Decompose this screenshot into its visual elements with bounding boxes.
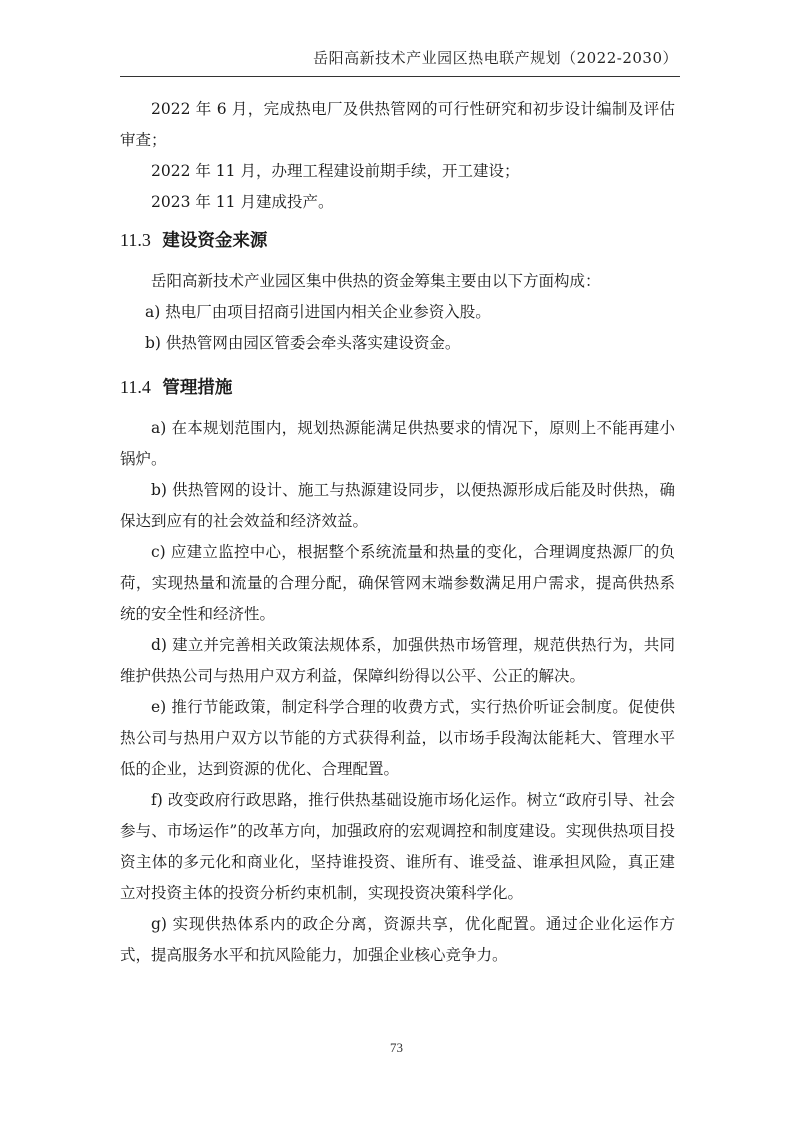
measure-item: e) 推行节能政策，制定科学合理的收费方式，实行热价听证会制度。促使供热公司与热…: [120, 692, 675, 785]
header-divider: [120, 76, 680, 77]
measure-item: c) 应建立监控中心，根据整个系统流量和热量的变化，合理调度热源厂的负荷，实现热…: [120, 537, 675, 630]
section-title: 管理措施: [162, 378, 232, 398]
measure-item: f) 改变政府行政思路，推行供热基础设施市场化运作。树立“政府引导、社会参与、市…: [120, 785, 675, 909]
section-title: 建设资金来源: [162, 231, 267, 251]
funding-item: a) 热电厂由项目招商引进国内相关企业参资入股。: [120, 297, 675, 328]
page-number: 73: [0, 1040, 793, 1056]
schedule-item: 2022 年 11 月，办理工程建设前期手续，开工建设；: [120, 156, 675, 187]
schedule-item: 2022 年 6 月，完成热电厂及供热管网的可行性研究和初步设计编制及评估审查；: [120, 94, 675, 156]
measure-item: d) 建立并完善相关政策法规体系，加强供热市场管理，规范供热行为，共同维护供热公…: [120, 630, 675, 692]
schedule-item: 2023 年 11 月建成投产。: [120, 187, 675, 218]
section-intro: 岳阳高新技术产业园区集中供热的资金筹集主要由以下方面构成：: [120, 266, 675, 297]
measure-item: a) 在本规划范围内，规划热源能满足供热要求的情况下，原则上不能再建小锅炉。: [120, 413, 675, 475]
page-content: 2022 年 6 月，完成热电厂及供热管网的可行性研究和初步设计编制及评估审查；…: [120, 94, 675, 971]
measure-item: g) 实现供热体系内的政企分离，资源共享，优化配置。通过企业化运作方式，提高服务…: [120, 909, 675, 971]
section-number: 11.3: [120, 230, 151, 250]
section-heading-11-4: 11.4 管理措施: [120, 372, 675, 403]
measure-item: b) 供热管网的设计、施工与热源建设同步，以便热源形成后能及时供热，确保达到应有…: [120, 475, 675, 537]
funding-item: b) 供热管网由园区管委会牵头落实建设资金。: [120, 328, 675, 359]
section-heading-11-3: 11.3 建设资金来源: [120, 225, 675, 256]
section-number: 11.4: [120, 377, 151, 397]
document-title: 岳阳高新技术产业园区热电联产规划（2022-2030）: [313, 47, 678, 68]
